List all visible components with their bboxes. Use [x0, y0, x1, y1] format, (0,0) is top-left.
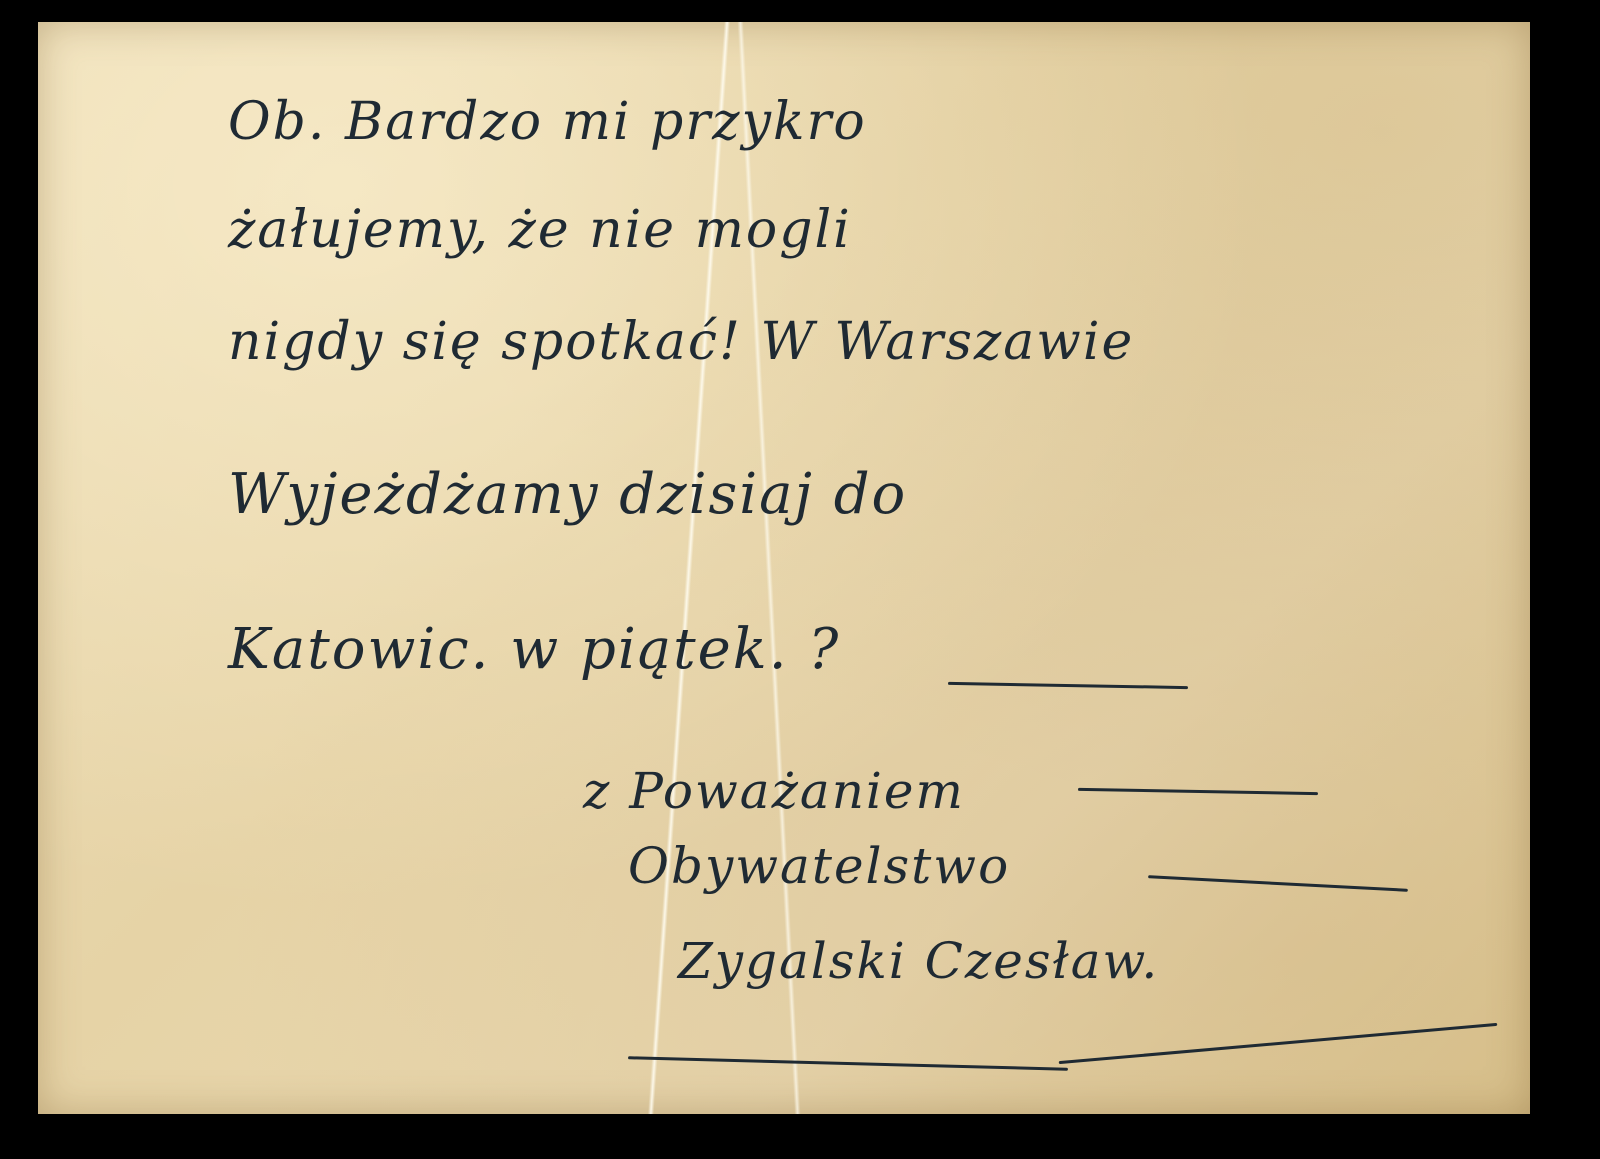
note-line-4: Wyjeżdżamy dzisiaj do — [228, 462, 907, 527]
handwritten-note-paper: Ob. Bardzo mi przykro żałujemy, że nie m… — [38, 22, 1530, 1114]
note-line-3: nigdy się spotkać! W Warszawie — [228, 312, 1134, 372]
underline-stroke — [948, 682, 1188, 689]
note-line-2: żałujemy, że nie mogli — [228, 200, 852, 260]
flourish-stroke — [1148, 875, 1408, 892]
signature-underline — [1059, 1023, 1498, 1064]
closing-line: z Poważaniem — [583, 762, 965, 820]
signature-underline — [628, 1056, 1068, 1071]
note-line-1: Ob. Bardzo mi przykro — [228, 92, 867, 152]
signature: Zygalski Czesław. — [678, 932, 1159, 990]
flourish-stroke — [1078, 788, 1318, 795]
closing-line-2: Obywatelstwo — [628, 837, 1010, 895]
note-line-5: Katowic. w piątek. ? — [228, 617, 840, 682]
